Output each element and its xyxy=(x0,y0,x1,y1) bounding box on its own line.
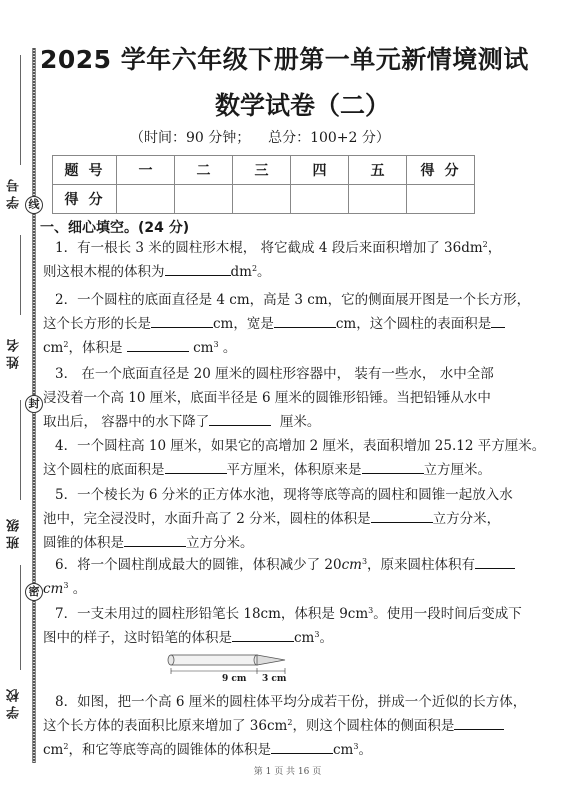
answer-blank[interactable] xyxy=(274,313,336,328)
cell-header: 题号 xyxy=(53,156,117,185)
page-subtitle: 数学试卷（二） xyxy=(0,86,565,122)
question-6: 6．将一个圆柱削成最大的圆锥，体积减少了 20cm3，原来圆柱体积有 cm3 。 xyxy=(55,553,560,601)
question-7: 7．一支未用过的圆柱形铅笔长 18cm，体积是 9cm3。使用一段时间后变成下 … xyxy=(55,602,560,650)
seal-line: 线 xyxy=(25,196,43,214)
margin-line xyxy=(20,400,21,500)
answer-blank[interactable] xyxy=(151,313,213,328)
score-input[interactable] xyxy=(349,185,407,214)
answer-blank[interactable] xyxy=(491,313,505,328)
question-4: 4．一个圆柱高 10 厘米，如果它的高增加 2 厘米，表面积增加 25.12 平… xyxy=(55,434,560,482)
label-class: 班级 xyxy=(6,510,22,555)
cell-part: 二 xyxy=(175,156,233,185)
answer-blank[interactable] xyxy=(371,508,433,523)
score-input[interactable] xyxy=(175,185,233,214)
score-input[interactable] xyxy=(407,185,475,214)
cell-part: 四 xyxy=(291,156,349,185)
cell-part: 五 xyxy=(349,156,407,185)
answer-blank[interactable] xyxy=(271,739,333,754)
pencil-label-body: 9 cm xyxy=(222,674,246,684)
question-8: 8．如图，把一个高 6 厘米的圆柱体平均分成若干份，拼成一个近似的长方体， 这个… xyxy=(55,690,560,762)
question-2: 2．一个圆柱的底面直径是 4 cm，高是 3 cm，它的侧面展开图是一个长方形，… xyxy=(55,288,560,360)
seal-secret: 密 xyxy=(25,583,43,601)
answer-blank[interactable] xyxy=(362,459,424,474)
score-input[interactable] xyxy=(233,185,291,214)
cell-total: 得分 xyxy=(407,156,475,185)
section-heading: 一、细心填空。(24 分) xyxy=(40,217,189,237)
answer-blank[interactable] xyxy=(127,337,189,352)
question-3: 3． 在一个底面直径是 20 厘米的圆柱形容器中， 装有一些水， 水中全部 浸没… xyxy=(55,362,560,434)
label-name: 姓名 xyxy=(6,330,22,375)
score-input[interactable] xyxy=(291,185,349,214)
cell-score-label: 得分 xyxy=(53,185,117,214)
pencil-label-tip: 3 cm xyxy=(262,674,286,684)
seal-seal: 封 xyxy=(25,395,43,413)
question-1: 1．有一根长 3 米的圆柱形木棍， 将它截成 4 段后来面积增加了 36dm2，… xyxy=(55,236,560,284)
exam-meta: （时间：90 分钟； 总分：100+2 分） xyxy=(130,127,390,147)
answer-blank[interactable] xyxy=(209,411,271,426)
answer-blank[interactable] xyxy=(454,715,504,730)
answer-blank[interactable] xyxy=(232,627,294,642)
question-5: 5．一个棱长为 6 分米的正方体水池，现将等底等高的圆柱和圆锥一起放入水 池中，… xyxy=(55,483,560,555)
answer-blank[interactable] xyxy=(165,459,227,474)
answer-blank[interactable] xyxy=(475,554,515,569)
label-school: 学校 xyxy=(6,680,22,725)
page-footer: 第 1 页 共 16 页 xyxy=(0,764,565,777)
score-input[interactable] xyxy=(117,185,175,214)
cell-part: 一 xyxy=(117,156,175,185)
score-table: 题号 一 二 三 四 五 得分 得分 xyxy=(52,155,475,214)
answer-blank[interactable] xyxy=(165,261,231,276)
cell-part: 三 xyxy=(233,156,291,185)
page-title: 2025 学年六年级下册第一单元新情境测试 xyxy=(40,40,560,76)
answer-blank[interactable] xyxy=(124,532,186,547)
margin-line xyxy=(20,235,21,315)
label-student-id: 学号 xyxy=(6,170,22,215)
margin-line xyxy=(20,565,21,670)
